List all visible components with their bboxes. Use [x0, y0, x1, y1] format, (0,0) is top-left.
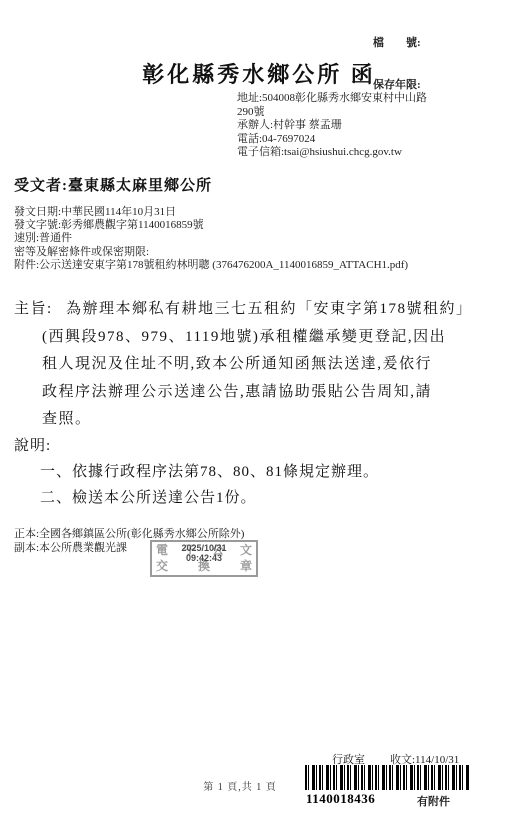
- stamp-datetime: 2025/10/31 09:42:43: [152, 543, 256, 563]
- has-attachment-note: 有附件: [417, 793, 450, 809]
- page-number: 第 1 頁,共 1 頁: [150, 778, 330, 793]
- original-copy-line: 正本:全國各鄉鎮區公所(彰化縣秀水鄉公所除外): [14, 527, 244, 541]
- attachment-line: 附件:公示送達安東字第178號租約林明聰 (376476200A_1140016…: [14, 259, 408, 272]
- recipient-line: 受文者:臺東縣太麻里鄉公所: [14, 174, 212, 195]
- document-meta-block: 發文日期:中華民國114年10月31日 發文字號:彰秀鄉農觀字第11400168…: [14, 206, 408, 272]
- doc-number-line: 發文字號:彰秀鄉農觀字第1140016859號: [14, 219, 408, 232]
- subject-section: 主旨: 為辦理本鄉私有耕地三七五租約「安東字第178號租約」 (西興段978、9…: [14, 296, 506, 434]
- subject-line: 查照。: [14, 406, 506, 434]
- security-class-line: 密等及解密條件或保密期限:: [14, 246, 408, 259]
- subject-line: 為辦理本鄉私有耕地三七五租約「安東字第178號租約」: [14, 296, 506, 324]
- subject-line: 租人現況及住址不明,致本公所通知函無法送達,爰依行: [14, 351, 506, 379]
- description-item: 二、檢送本公所送達公告1份。: [14, 485, 506, 511]
- stamp-date: 2025/10/31: [152, 543, 256, 553]
- sender-phone: 電話:04-7697024: [237, 133, 427, 147]
- sender-contact-person: 承辦人:村幹事 蔡孟珊: [237, 119, 427, 133]
- sender-address-line2: 290號: [237, 106, 427, 120]
- subject-line: (西興段978、979、1119地號)承租權繼承變更登記,因出: [14, 324, 506, 352]
- speed-class-line: 速別:普通件: [14, 232, 408, 245]
- subject-line: 政程序法辦理公示送達公告,惠請協助張貼公告周知,請: [14, 379, 506, 407]
- stamp-time: 09:42:43: [152, 553, 256, 563]
- document-title: 彰化縣秀水鄉公所 函: [0, 58, 518, 89]
- official-letter-page: 檔 號: 保存年限: 彰化縣秀水鄉公所 函 地址:504008彰化縣秀水鄉安東村…: [0, 0, 518, 813]
- electronic-exchange-stamp: 電子公文 交換章 2025/10/31 09:42:43: [150, 540, 258, 577]
- issue-date-line: 發文日期:中華民國114年10月31日: [14, 206, 408, 219]
- file-number-label: 檔 號:: [373, 36, 421, 50]
- subject-label: 主旨:: [14, 296, 53, 324]
- barcode-number: 1140018436: [306, 791, 375, 807]
- description-item: 一、依據行政程序法第78、80、81條規定辦理。: [14, 459, 506, 485]
- description-label: 說明:: [14, 433, 506, 459]
- sender-address-line1: 地址:504008彰化縣秀水鄉安東村中山路: [237, 92, 427, 106]
- sender-email: 電子信箱:tsai@hsiushui.chcg.gov.tw: [237, 146, 427, 160]
- description-section: 說明: 一、依據行政程序法第78、80、81條規定辦理。 二、檢送本公所送達公告…: [14, 433, 506, 511]
- sender-info-block: 地址:504008彰化縣秀水鄉安東村中山路 290號 承辦人:村幹事 蔡孟珊 電…: [237, 92, 427, 160]
